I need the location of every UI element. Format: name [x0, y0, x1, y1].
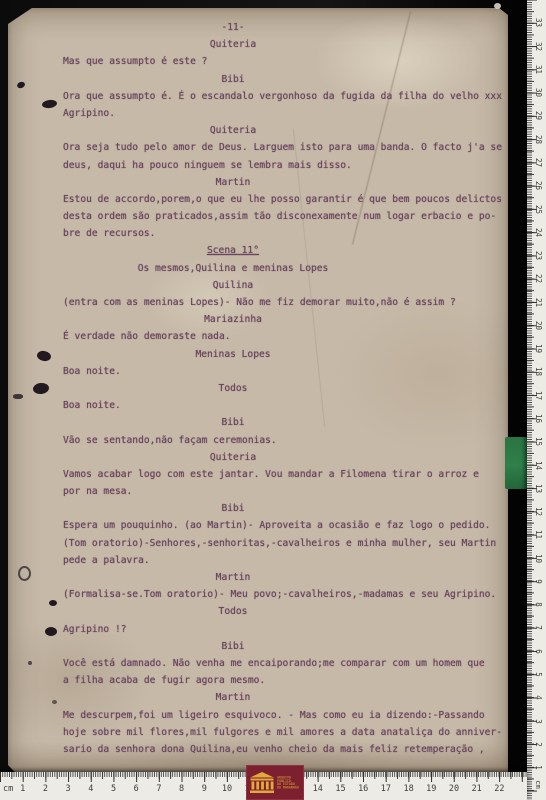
ruler-number: 5: [108, 784, 120, 794]
typed-text-block: -11-QuiteriaMas que assumpto é este ?Bib…: [63, 19, 515, 758]
typed-line: Martin: [63, 569, 403, 586]
ruler-number: 13: [532, 482, 545, 495]
ruler-number: 31: [532, 63, 545, 76]
ruler-unit-label: cm: [532, 778, 545, 791]
ruler-number: 25: [532, 203, 545, 216]
typed-line: Agripino.: [63, 105, 515, 122]
ruler-number: 19: [532, 342, 545, 355]
typed-line: Todos: [63, 603, 403, 620]
ruler-number: 17: [532, 389, 545, 402]
typed-line: desta ordem são praticados,assim tão dis…: [63, 208, 515, 225]
ruler-number: 14: [312, 784, 324, 794]
ruler-number: 18: [403, 784, 415, 794]
ruler-number: 7: [153, 784, 165, 794]
typed-line: Me descurpem,foi um ligeiro esquivoco. -…: [63, 707, 515, 724]
ruler-number: 30: [532, 86, 545, 99]
ruler-number: 2: [39, 784, 51, 794]
ruler-number: 17: [380, 784, 392, 794]
ruler-number: 16: [357, 784, 369, 794]
ruler-number: 21: [471, 784, 483, 794]
typed-line: Quiteria: [63, 449, 403, 466]
typed-line: (Tom oratorio)-Senhores,-senhoritas,-cav…: [63, 535, 515, 552]
ruler-number: 6: [130, 784, 142, 794]
ruler-number: 10: [221, 784, 233, 794]
ruler-number: 20: [532, 319, 545, 332]
ruler-number: 8: [176, 784, 188, 794]
ruler-number: 27: [532, 156, 545, 169]
ruler-unit-label: cm: [3, 784, 13, 794]
typed-line: Mas que assumpto é este ?: [63, 53, 515, 70]
typed-line: Espera um pouquinho. (ao Martin)- Aprove…: [63, 517, 515, 534]
typed-line: Boa noite.: [63, 397, 515, 414]
typed-line: (Formalisa-se.Tom oratorio)- Meu povo;-c…: [63, 586, 515, 603]
ink-blot: [36, 350, 52, 362]
ruler-number: 10: [532, 552, 545, 565]
ruler-number: 6: [532, 645, 545, 658]
vertical-ruler: cm 3332313029282726252423222120191817161…: [527, 0, 546, 800]
ruler-number: 28: [532, 133, 545, 146]
ruler-number: 22: [532, 272, 545, 285]
typed-line: hoje sobre mil flores,mil fulgores e mil…: [63, 724, 515, 741]
typed-line: Quiteria: [63, 122, 403, 139]
typed-line: Bibi: [63, 414, 403, 431]
ruler-number: 18: [532, 365, 545, 378]
ruler-number: 2: [532, 738, 545, 751]
archive-building-icon: [249, 772, 275, 794]
typed-line: Quiteria: [63, 36, 403, 53]
ruler-number: 12: [532, 505, 545, 518]
ruler-number: 11: [532, 528, 545, 541]
typed-line: a filha acaba de fugir agora mesmo.: [63, 672, 515, 689]
ruler-number: 19: [425, 784, 437, 794]
typed-line: Vão se sentando,não façam ceremonias.: [63, 432, 515, 449]
typed-line: -11-: [63, 19, 403, 36]
ruler-number: 8: [532, 598, 545, 611]
typed-line: Os mesmos,Quilina e meninas Lopes: [63, 260, 403, 277]
typed-line: Martin: [63, 689, 403, 706]
ruler-number: 1: [532, 761, 545, 774]
ruler-number: 24: [532, 226, 545, 239]
typed-line: Boa noite.: [63, 363, 515, 380]
typed-line: Martin: [63, 174, 403, 191]
ruler-number: 9: [532, 575, 545, 588]
ruler-number: 15: [532, 435, 545, 448]
ruler-number: 7: [532, 621, 545, 634]
typed-line: Bibi: [63, 638, 403, 655]
typed-line: Agripino !?: [63, 621, 515, 638]
typed-line: Meninas Lopes: [63, 346, 403, 363]
typed-line: por na mesa.: [63, 483, 515, 500]
typed-line: (entra com as meninas Lopes)- Não me fiz…: [63, 294, 515, 311]
typed-line: deus, daqui ha pouco ninguem se lembra m…: [63, 157, 515, 174]
ruler-number: 1: [17, 784, 29, 794]
archive-logo-badge: ARQUIVO PÚBLICO DO ESTADO DO MARANHÃO: [246, 765, 304, 800]
typed-line: É verdade não demoraste nada.: [63, 328, 515, 345]
typed-line: Você está damnado. Não venha me encaipor…: [63, 655, 515, 672]
typed-line: Bibi: [63, 500, 403, 517]
typed-line: sario da senhora dona Quilina,eu venho c…: [63, 741, 515, 758]
typed-line: Ora seja tudo pelo amor de Deus. Larguem…: [63, 139, 515, 156]
ruler-number: 3: [62, 784, 74, 794]
typed-line: pede a palavra.: [63, 552, 515, 569]
typed-line: Quilina: [63, 277, 403, 294]
typed-line: Todos: [63, 380, 403, 397]
ruler-number: 16: [532, 412, 545, 425]
ink-blot: [13, 394, 23, 399]
ruler-number: 9: [198, 784, 210, 794]
ink-blot: [45, 627, 57, 636]
typed-line: Bibi: [63, 71, 403, 88]
typed-line: Scena 11°: [63, 242, 403, 259]
ink-blot: [28, 661, 32, 665]
ruler-number: 4: [532, 691, 545, 704]
ink-blot: [32, 382, 49, 395]
ruler-number: 20: [448, 784, 460, 794]
typed-line: Vamos acabar logo com este jantar. Vou m…: [63, 466, 515, 483]
ruler-number: 32: [532, 40, 545, 53]
typed-line: bre de recursos.: [63, 225, 515, 242]
typed-line: Estou de accordo,porem,o que eu lhe poss…: [63, 191, 515, 208]
ruler-number: 29: [532, 109, 545, 122]
ink-blot: [49, 600, 57, 606]
ink-blot: [52, 700, 57, 704]
archive-badge-text: ARQUIVO PÚBLICO DO ESTADO DO MARANHÃO: [277, 776, 299, 789]
ink-blot: [16, 81, 26, 89]
ink-blot: [42, 99, 58, 109]
typed-line: Ora que assumpto é. É o escandalo vergon…: [63, 88, 515, 105]
ruler-number: 4: [85, 784, 97, 794]
ruler-number: 14: [532, 459, 545, 472]
typed-line: Mariazinha: [63, 311, 403, 328]
paper-speck: [494, 3, 501, 9]
ruler-number: 22: [493, 784, 505, 794]
ruler-number: 33: [532, 16, 545, 29]
scanned-page: -11-QuiteriaMas que assumpto é este ?Bib…: [8, 8, 508, 772]
ink-blot: [18, 566, 31, 581]
ruler-number: 26: [532, 179, 545, 192]
ruler-number: 23: [532, 249, 545, 262]
ruler-number: 15: [335, 784, 347, 794]
ruler-number: 5: [532, 668, 545, 681]
scanned-document-viewer: -11-QuiteriaMas que assumpto é este ?Bib…: [0, 0, 546, 800]
ruler-number: 21: [532, 296, 545, 309]
ruler-number: 3: [532, 715, 545, 728]
